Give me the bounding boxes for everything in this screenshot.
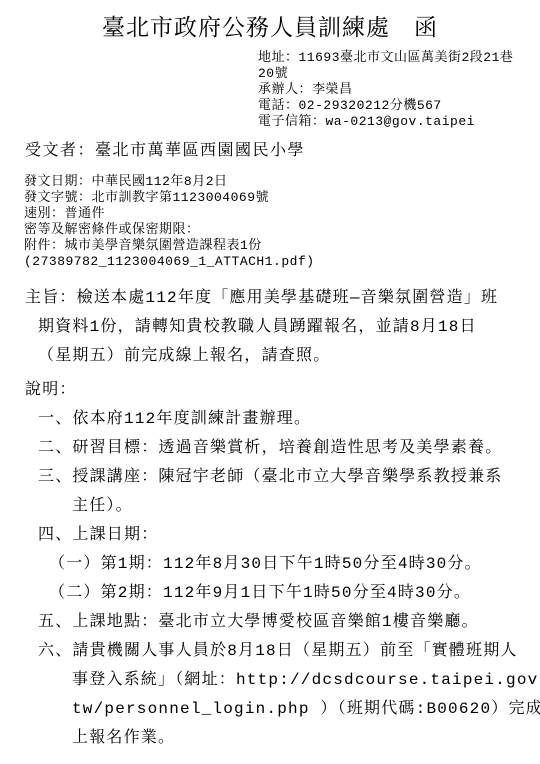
meta-doc-number: 發文字號：北市訓教字第1123004069號: [24, 190, 540, 206]
subject-block: 主旨：檢送本處112年度「應用美學基礎班—音樂氛圍營造」班 期資料1份，請轉知貴…: [0, 284, 540, 371]
item-marker: 三、: [38, 468, 72, 486]
explanation-item-1: 一、依本府112年度訓練計畫辦理。: [38, 405, 540, 434]
explanation-list: 一、依本府112年度訓練計畫辦理。 二、研習目標：透過音樂賞析，培養創造性思考及…: [0, 405, 540, 753]
explanation-subitem-2: （二）第2期：112年9月1日下午1時50分至4時30分。: [49, 579, 540, 608]
meta-attachment-line: 附件：城市美學音樂氛圍營造課程表1份 (27389782_1123004069_…: [24, 238, 540, 270]
item-text: 上課日期：: [72, 526, 158, 544]
item-text: 上課地點：臺北市立大學博愛校區音樂館1樓音樂廳。: [72, 613, 478, 631]
explanation-item-6-wrap-1: 事登入系統」（網址：http://dcsdcourse.taipei.gov.: [72, 666, 540, 695]
item-text: 研習目標：透過音樂賞析，培養創造性思考及美學素養。: [72, 439, 502, 457]
subitem-text: 第2期：112年9月1日下午1時50分至4時30分。: [101, 584, 471, 602]
item-text: 授課講座：陳冠宇老師（臺北市立大學音樂學系教授兼系: [72, 468, 502, 486]
subitem-text: 第1期：112年8月30日下午1時50分至4時30分。: [101, 555, 482, 573]
item-text: 依本府112年度訓練計畫辦理。: [72, 410, 311, 428]
subject-line-1: 主旨：檢送本處112年度「應用美學基礎班—音樂氛圍營造」班: [25, 284, 540, 313]
contact-email-line: 電子信箱：wa-0213@gov.taipei: [258, 114, 536, 130]
meta-issue-date: 發文日期：中華民國112年8月2日: [24, 174, 540, 190]
contact-address-line2: 20號: [258, 66, 536, 82]
contact-phone-line: 電話：02-29320212分機567: [258, 98, 536, 114]
subitem-marker: （一）: [49, 555, 101, 573]
subject-line-3: （星期五）前完成線上報名，請查照。: [38, 342, 540, 371]
explanation-item-6: 六、請貴機關人事人員於8月18日（星期五）前至「實體班期人: [38, 637, 540, 666]
explanation-item-6-wrap-2: tw/personnel_login.php ）（班期代碼:B00620）完成線: [72, 695, 540, 724]
item-marker: 六、: [38, 642, 72, 660]
document-title: 臺北市政府公務人員訓練處 函: [0, 14, 540, 44]
explanation-item-6-wrap-3: 上報名作業。: [72, 724, 540, 753]
explanation-subitem-1: （一）第1期：112年8月30日下午1時50分至4時30分。: [49, 550, 540, 579]
contact-address-line1: 地址：11693臺北市文山區萬美街2段21巷: [258, 50, 536, 66]
explanation-item-2: 二、研習目標：透過音樂賞析，培養創造性思考及美學素養。: [38, 434, 540, 463]
subitem-marker: （二）: [49, 584, 101, 602]
subject-text-1: 檢送本處112年度「應用美學基礎班—音樂氛圍營造」班: [77, 289, 499, 307]
recipient-line: 受文者：臺北市萬華區西園國民小學: [25, 140, 540, 162]
explanation-item-3: 三、授課講座：陳冠宇老師（臺北市立大學音樂學系教授兼系: [38, 463, 540, 492]
explanation-item-4: 四、上課日期：: [38, 521, 540, 550]
meta-security-line: 密等及解密條件或保密期限：: [24, 222, 540, 238]
contact-block: 地址：11693臺北市文山區萬美街2段21巷 20號 承辦人：李榮昌 電話：02…: [258, 50, 536, 130]
item-text: 請貴機關人事人員於8月18日（星期五）前至「實體班期人: [72, 642, 517, 660]
item-marker: 五、: [38, 613, 72, 631]
explanation-item-5: 五、上課地點：臺北市立大學博愛校區音樂館1樓音樂廳。: [38, 608, 540, 637]
subject-line-2: 期資料1份，請轉知貴校教職人員踴躍報名，並請8月18日: [38, 313, 540, 342]
subject-label: 主旨：: [25, 289, 77, 307]
meta-speed-class: 速別：普通件: [24, 206, 540, 222]
meta-block: 發文日期：中華民國112年8月2日 發文字號：北市訓教字第1123004069號…: [24, 174, 540, 270]
contact-person-line: 承辦人：李榮昌: [258, 82, 536, 98]
item-marker: 一、: [38, 410, 72, 428]
item-marker: 二、: [38, 439, 72, 457]
explanation-label: 說明：: [25, 376, 540, 405]
explanation-item-3-wrap: 主任）。: [72, 492, 540, 521]
item-marker: 四、: [38, 526, 72, 544]
